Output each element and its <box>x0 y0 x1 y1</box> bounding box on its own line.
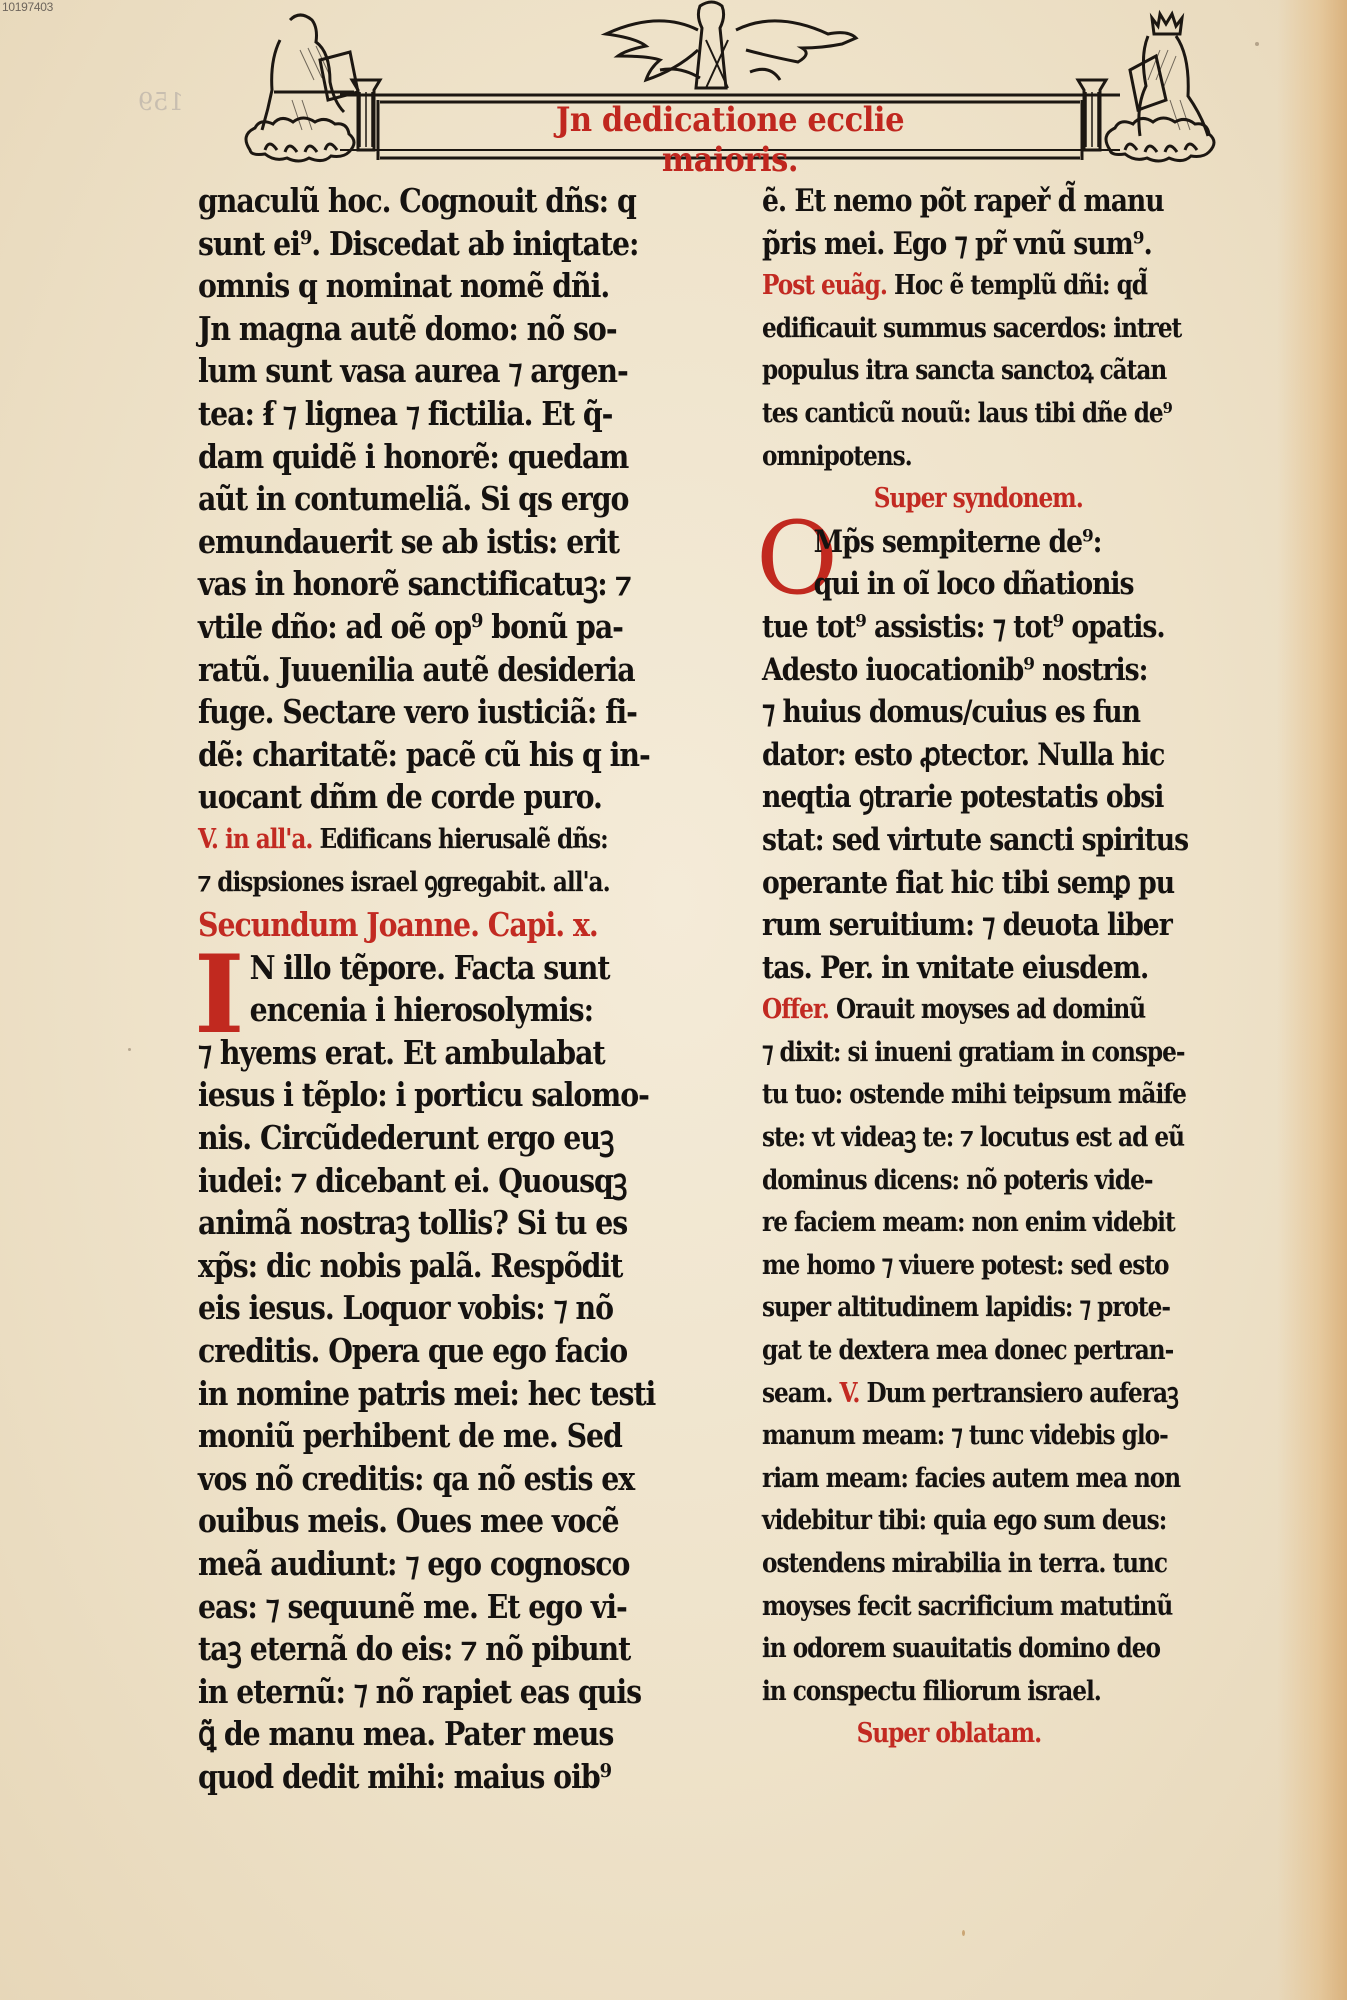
offertory-text: Orauit moyses ad dominũ <box>836 994 1145 1025</box>
post-evangelium-rubric: Post euãg. <box>762 270 887 301</box>
verse-pre: seam. <box>762 1378 832 1409</box>
gospel-heading: Secundum Joanne. Capi. x. <box>198 904 628 947</box>
text-line: animã nostraꝫ tollis? Si tu es <box>198 1202 628 1245</box>
text-line: gnaculũ hoc. Cognouit dñs: q <box>198 180 628 223</box>
text-line: p̃ris mei. Ego ⁊ pr̃ vnũ sum⁹. <box>762 223 1183 266</box>
super-oblatam-heading: Super oblatam. <box>762 1713 1183 1756</box>
text-line: ⁊ dixit: si inueni gratiam in conspe- <box>762 1032 1183 1075</box>
text-line: stat: sed virtute sancti spiritus <box>762 819 1183 862</box>
scan-id-label: 10197403 <box>2 0 53 14</box>
text-line: meã audiunt: ⁊ ego cognosco <box>198 1543 628 1586</box>
text-line: in eternũ: ⁊ nõ rapiet eas quis <box>198 1671 628 1714</box>
left-column: gnaculũ hoc. Cognouit dñs: q sunt ei⁹. D… <box>198 180 698 1799</box>
text-line: quod dedit mihi: maius oib⁹ <box>198 1756 628 1799</box>
text-line: operante fiat hic tibi semꝑ pu <box>762 862 1183 905</box>
text-line: ouibus meis. Oues mee vocẽ <box>198 1500 628 1543</box>
text-line: vtile dño: ad oẽ op⁹ bonũ pa- <box>198 606 628 649</box>
text-line: dominus dicens: nõ poteris vide- <box>762 1160 1183 1203</box>
versicle-line: V. in all'a. Edificans hierusalẽ dñs: <box>198 819 628 862</box>
text-line: tue tot⁹ assistis: ⁊ tot⁹ opatis. <box>762 606 1183 649</box>
text-line: vas in honorẽ sanctificatuꝫ: ⁊ <box>198 563 628 606</box>
text-line: omnipotens. <box>762 436 1183 479</box>
text-line: in conspectu filiorum israel. <box>762 1671 1183 1714</box>
text-line: moyses fecit sacrificium matutinũ <box>762 1586 1183 1629</box>
text-line: encenia i hierosolymis: <box>198 989 628 1032</box>
text-line: iesus i tẽplo: i porticu salomo- <box>198 1074 628 1117</box>
text-line: manum meam: ⁊ tunc videbis glo- <box>762 1415 1183 1458</box>
right-column: ẽ. Et nemo põt rapeř d̃ manu p̃ris mei. … <box>762 180 1252 1756</box>
text-line: omnis q nominat nomẽ dñi. <box>198 265 628 308</box>
gospel-opening: I N illo tẽpore. Facta sunt encenia i hi… <box>198 947 698 1032</box>
text-line: tu tuo: ostende mihi teipsum mãife <box>762 1074 1183 1117</box>
versicle-line: ⁊ dispsiones israel ꝯgregabit. all'a. <box>198 862 628 905</box>
text-line: neqtia ꝯtrarie potestatis obsi <box>762 776 1183 819</box>
text-line: eis iesus. Loquor vobis: ⁊ nõ <box>198 1287 628 1330</box>
text-line: Jn magna autẽ domo: nõ so- <box>198 308 628 351</box>
text-line: tea: ẜ ⁊ lignea ⁊ fictilia. Et q̃- <box>198 393 628 436</box>
text-line: edificauit summus sacerdos: intret <box>762 308 1183 351</box>
text-line: eas: ⁊ sequunẽ me. Et ego vi- <box>198 1586 628 1629</box>
text-line: in odorem suauitatis domino deo <box>762 1628 1183 1671</box>
text-line: creditis. Opera que ego facio <box>198 1330 628 1373</box>
text-line: ⁊ hyems erat. Et ambulabat <box>198 1032 628 1075</box>
versicle-rubric: V. in all'a. <box>198 824 312 855</box>
text-line: me homo ⁊ viuere potest: sed esto <box>762 1245 1183 1288</box>
verse-text: Dum pertransiero auferaꝫ <box>866 1378 1177 1409</box>
text-line: ꝗ̃ de manu mea. Pater meus <box>198 1713 628 1756</box>
text-line: iudei: ⁊ dicebant ei. Quousqꝫ <box>198 1160 628 1203</box>
text-line: gat te dextera mea donec pertran- <box>762 1330 1183 1373</box>
offertory-rubric: Offer. <box>762 994 829 1025</box>
text-line: ostendens mirabilia in terra. tunc <box>762 1543 1183 1586</box>
paper-speck <box>128 1048 131 1051</box>
page-edge-shadow <box>1277 0 1347 2000</box>
text-line: re faciem meam: non enim videbit <box>762 1202 1183 1245</box>
text-line: Mp̃s sempiterne de⁹: <box>762 521 1183 564</box>
text-line: sunt ei⁹. Discedat ab iniqtate: <box>198 223 628 266</box>
text-line: rum seruitium: ⁊ deuota liber <box>762 904 1183 947</box>
woodcut-header: Jn dedicatione ecclie maioris. <box>230 0 1230 180</box>
text-line: xp̃s: dic nobis palã. Respõdit <box>198 1245 628 1288</box>
text-line: ste: vt videaꝫ te: ⁊ locutus est ad eũ <box>762 1117 1183 1160</box>
text-line: ⁊ huius domus/cuius es fun <box>762 691 1183 734</box>
text-line: N illo tẽpore. Facta sunt <box>198 947 628 990</box>
paper-speck <box>1255 42 1259 46</box>
text-line: Adesto iuocationib⁹ nostris: <box>762 649 1183 692</box>
text-line: uocant dñm de corde puro. <box>198 776 628 819</box>
text-line: lum sunt vasa aurea ⁊ argen- <box>198 350 628 393</box>
text-line: taꝫ eternã do eis: ⁊ nõ pibunt <box>198 1628 628 1671</box>
banner-title: Jn dedicatione ecclie maioris. <box>505 100 955 180</box>
text-line: dator: esto ꝓtector. Nulla hic <box>762 734 1183 777</box>
text-line: super altitudinem lapidis: ⁊ prote- <box>762 1287 1183 1330</box>
text-line: vos nõ creditis: qa nõ estis ex <box>198 1458 628 1501</box>
text-line: tes canticũ nouũ: laus tibi dñe de⁹ <box>762 393 1183 436</box>
text-line: dam quidẽ i honorẽ: quedam <box>198 436 628 479</box>
verse-line: seam. V. Dum pertransiero auferaꝫ <box>762 1373 1183 1416</box>
text-line: fuge. Sectare vero iusticiã: fi- <box>198 691 628 734</box>
text-line: populus itra sancta sanctoꝝ cãtan <box>762 350 1183 393</box>
book-page: 10197403 159 <box>0 0 1347 2000</box>
text-line: in nomine patris mei: hec testi <box>198 1373 628 1416</box>
text-line: ratũ. Juuenilia autẽ desideria <box>198 649 628 692</box>
paper-speck <box>962 1930 965 1936</box>
text-line: moniũ perhibent de me. Sed <box>198 1415 628 1458</box>
text-line: dẽ: charitatẽ: pacẽ cũ his q in- <box>198 734 628 777</box>
text-line: ẽ. Et nemo põt rapeř d̃ manu <box>762 180 1183 223</box>
post-evangelium-text: Hoc ẽ templũ dñi: qd̃ <box>894 270 1147 301</box>
show-through-page-number: 159 <box>138 88 184 116</box>
versicle-text: Edificans hierusalẽ dñs: <box>320 824 608 855</box>
text-line: aũt in contumeliã. Si qs ergo <box>198 478 628 521</box>
text-line: tas. Per. in vnitate eiusdem. <box>762 947 1183 990</box>
text-line: videbitur tibi: quia ego sum deus: <box>762 1500 1183 1543</box>
text-line: riam meam: facies autem mea non <box>762 1458 1183 1501</box>
text-line: nis. Circũdederunt ergo euꝫ <box>198 1117 628 1160</box>
post-evangelium-line: Post euãg. Hoc ẽ templũ dñi: qd̃ <box>762 265 1183 308</box>
text-line: emundauerit se ab istis: erit <box>198 521 628 564</box>
prayer-opening: O Mp̃s sempiterne de⁹: qui in oĩ loco dñ… <box>762 521 1252 606</box>
offertory-line: Offer. Orauit moyses ad dominũ <box>762 989 1183 1032</box>
text-line: qui in oĩ loco dñationis <box>762 563 1183 606</box>
verse-rubric: V. <box>839 1378 859 1409</box>
